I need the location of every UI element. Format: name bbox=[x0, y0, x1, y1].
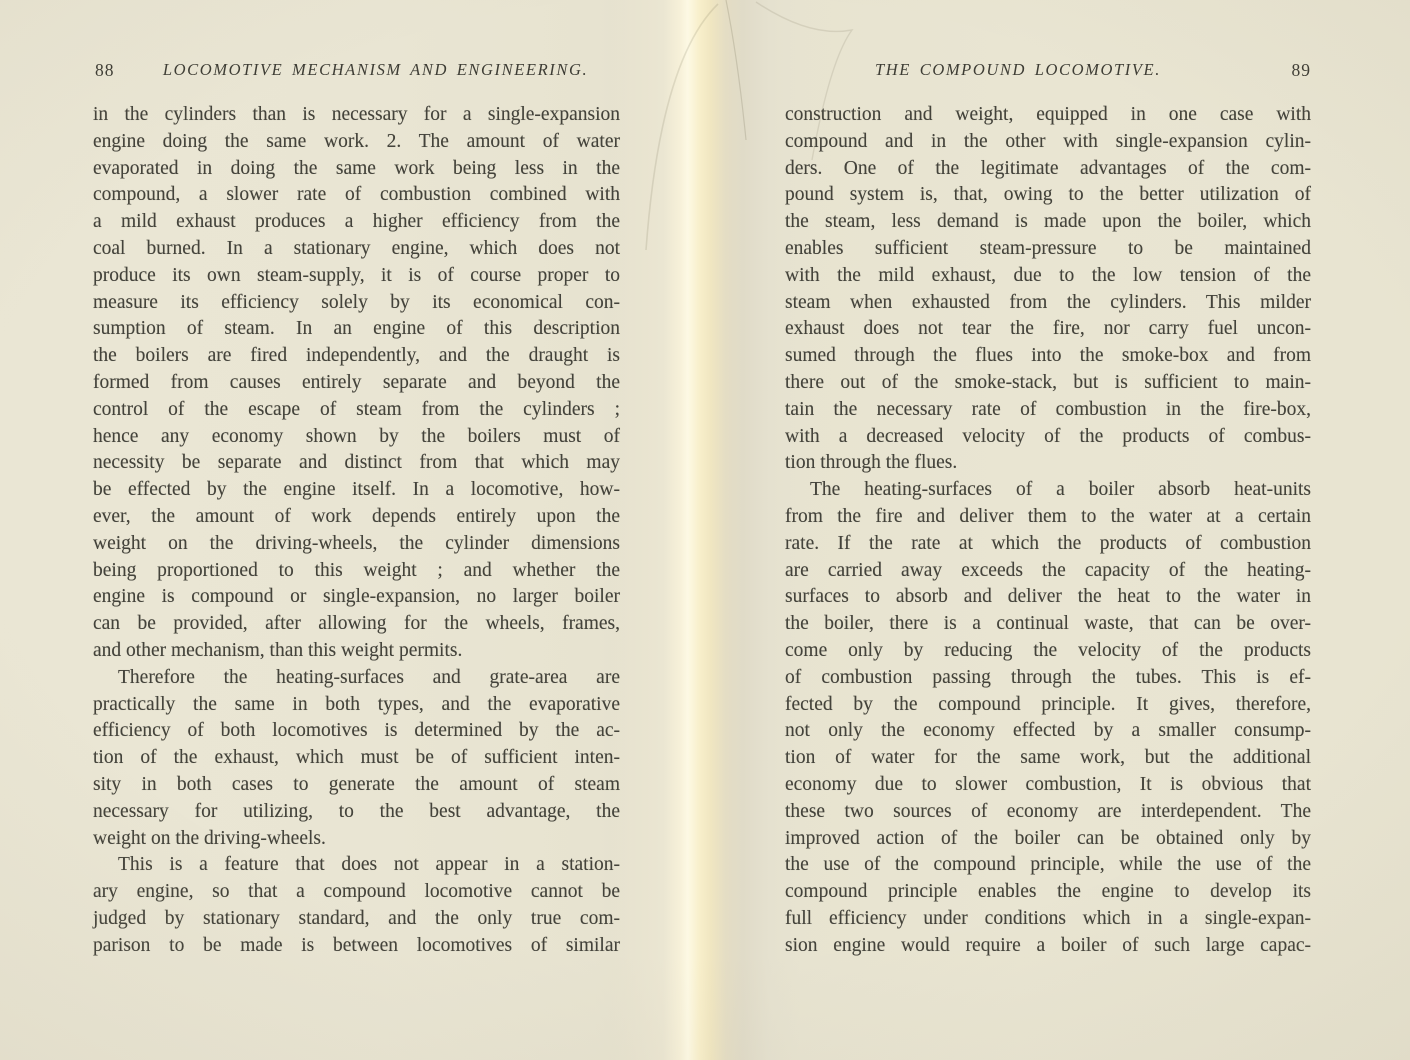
text-line: sity in both cases to generate the amoun… bbox=[93, 772, 620, 799]
text-line: in the cylinders than is necessary for a… bbox=[93, 102, 620, 129]
text-line: come only by reducing the velocity of th… bbox=[785, 638, 1311, 665]
text-line: the use of the compound principle, while… bbox=[785, 852, 1311, 879]
text-line: This is a feature that does not appear i… bbox=[93, 852, 620, 879]
text-line: can be provided, after allowing for the … bbox=[93, 611, 620, 638]
text-line: evaporated in doing the same work being … bbox=[93, 156, 620, 183]
text-line: efficiency of both locomotives is determ… bbox=[93, 718, 620, 745]
text-line: engine doing the same work. 2. The amoun… bbox=[93, 129, 620, 156]
text-line: ders. One of the legitimate advantages o… bbox=[785, 156, 1311, 183]
text-line: formed from causes entirely separate and… bbox=[93, 370, 620, 397]
text-line: measure its efficiency solely by its eco… bbox=[93, 290, 620, 317]
text-line: from the fire and deliver them to the wa… bbox=[785, 504, 1311, 531]
text-line: a mild exhaust produces a higher efficie… bbox=[93, 209, 620, 236]
text-line: sumption of steam. In an engine of this … bbox=[93, 316, 620, 343]
text-line: necessary for utilizing, to the best adv… bbox=[93, 799, 620, 826]
text-line: rate. If the rate at which the products … bbox=[785, 531, 1311, 558]
text-line: practically the same in both types, and … bbox=[93, 692, 620, 719]
text-line: steam when exhausted from the cylinders.… bbox=[785, 290, 1311, 317]
left-running-header: 88 LOCOMOTIVE MECHANISM AND ENGINEERING. bbox=[93, 60, 620, 84]
text-line: produce its own steam-supply, it is of c… bbox=[93, 263, 620, 290]
text-line: sumed through the flues into the smoke-b… bbox=[785, 343, 1311, 370]
text-line: improved action of the boiler can be obt… bbox=[785, 826, 1311, 853]
text-line: parison to be made is between locomotive… bbox=[93, 933, 620, 960]
text-line: being proportioned to this weight ; and … bbox=[93, 558, 620, 585]
text-line: and other mechanism, than this weight pe… bbox=[93, 638, 620, 665]
text-line: not only the economy effected by a small… bbox=[785, 718, 1311, 745]
text-line: the steam, less demand is made upon the … bbox=[785, 209, 1311, 236]
text-line: ary engine, so that a compound locomotiv… bbox=[93, 879, 620, 906]
text-line: tion through the flues. bbox=[785, 450, 1311, 477]
right-page-body: construction and weight, equipped in one… bbox=[785, 102, 1311, 960]
text-line: with a decreased velocity of the product… bbox=[785, 424, 1311, 451]
text-line: Therefore the heating-surfaces and grate… bbox=[93, 665, 620, 692]
text-line: exhaust does not tear the fire, nor carr… bbox=[785, 316, 1311, 343]
text-line: compound, a slower rate of combustion co… bbox=[93, 182, 620, 209]
text-line: economy due to slower combustion, It is … bbox=[785, 772, 1311, 799]
text-line: tain the necessary rate of combustion in… bbox=[785, 397, 1311, 424]
right-running-head-title: THE COMPOUND LOCOMOTIVE. bbox=[755, 60, 1281, 80]
text-line: be effected by the engine itself. In a l… bbox=[93, 477, 620, 504]
left-page-body: in the cylinders than is necessary for a… bbox=[93, 102, 620, 960]
text-line: necessity be separate and distinct from … bbox=[93, 450, 620, 477]
text-line: coal burned. In a stationary engine, whi… bbox=[93, 236, 620, 263]
left-running-head-title: LOCOMOTIVE MECHANISM AND ENGINEERING. bbox=[123, 60, 628, 80]
text-line: weight on the driving-wheels, the cylind… bbox=[93, 531, 620, 558]
text-line: these two sources of economy are interde… bbox=[785, 799, 1311, 826]
text-line: tion of water for the same work, but the… bbox=[785, 745, 1311, 772]
text-line: control of the escape of steam from the … bbox=[93, 397, 620, 424]
text-line: pound system is, that, owing to the bett… bbox=[785, 182, 1311, 209]
left-page-number: 88 bbox=[95, 60, 115, 81]
text-line: are carried away exceeds the capacity of… bbox=[785, 558, 1311, 585]
text-line: ever, the amount of work depends entirel… bbox=[93, 504, 620, 531]
text-line: weight on the driving-wheels. bbox=[93, 826, 620, 853]
text-line: fected by the compound principle. It giv… bbox=[785, 692, 1311, 719]
right-running-header: THE COMPOUND LOCOMOTIVE. 89 bbox=[785, 60, 1311, 84]
text-line: compound and in the other with single-ex… bbox=[785, 129, 1311, 156]
text-line: judged by stationary standard, and the o… bbox=[93, 906, 620, 933]
text-line: compound principle enables the engine to… bbox=[785, 879, 1311, 906]
text-line: the boilers are fired independently, and… bbox=[93, 343, 620, 370]
text-line: construction and weight, equipped in one… bbox=[785, 102, 1311, 129]
text-line: sion engine would require a boiler of su… bbox=[785, 933, 1311, 960]
text-line: surfaces to absorb and deliver the heat … bbox=[785, 584, 1311, 611]
text-line: there out of the smoke-stack, but is suf… bbox=[785, 370, 1311, 397]
text-line: of combustion passing through the tubes.… bbox=[785, 665, 1311, 692]
text-line: full efficiency under conditions which i… bbox=[785, 906, 1311, 933]
right-page-number: 89 bbox=[1292, 60, 1312, 81]
text-line: enables sufficient steam-pressure to be … bbox=[785, 236, 1311, 263]
text-line: with the mild exhaust, due to the low te… bbox=[785, 263, 1311, 290]
text-line: the boiler, there is a continual waste, … bbox=[785, 611, 1311, 638]
text-line: tion of the exhaust, which must be of su… bbox=[93, 745, 620, 772]
text-line: engine is compound or single-expansion, … bbox=[93, 584, 620, 611]
text-line: hence any economy shown by the boilers m… bbox=[93, 424, 620, 451]
scanned-book-spread: { "document": { "left_page": { "page_num… bbox=[0, 0, 1410, 1060]
text-line: The heating-surfaces of a boiler absorb … bbox=[785, 477, 1311, 504]
